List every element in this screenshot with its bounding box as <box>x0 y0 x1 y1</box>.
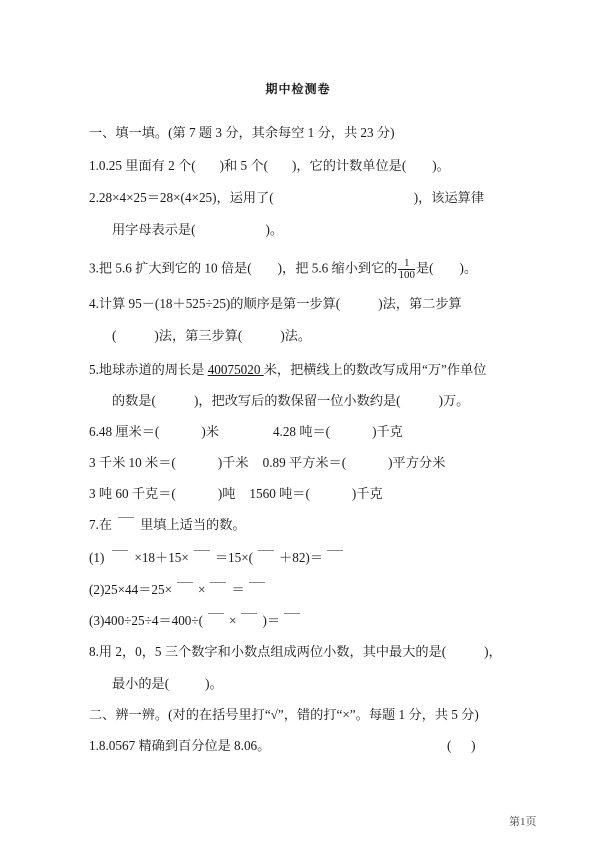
q3-text-a: 3.把 5.6 扩大到它的 10 倍是( <box>89 261 252 276</box>
q7-p1-text-d: ＋82)＝ <box>279 550 323 565</box>
answer-box-input[interactable] <box>112 550 128 565</box>
answer-box-input[interactable] <box>327 550 343 565</box>
q7-p3-text-a: (3)400÷25÷4＝400÷( <box>89 613 203 628</box>
q7-p2-text-b: × <box>198 582 205 597</box>
q7-p2-text-c: ＝ <box>231 582 244 597</box>
question-6-row-3: 3 吨 60 千克＝()吨1560 吨＝()千克 <box>89 486 383 502</box>
question-5-cont: 的数是()，把改写后的数保留一位小数约是()万。 <box>112 393 469 409</box>
q2-text-d: )。 <box>266 222 284 237</box>
question-7: 7.在里填上适当的数。 <box>89 517 246 533</box>
answer-box-input[interactable] <box>194 550 210 565</box>
section-2-heading: 二、辨一辨。(对的在括号里打“√”，错的打“×”。每题 1 分，共 5 分) <box>89 707 479 723</box>
q5-text-a: 5.地球赤道的周长是 <box>89 362 208 377</box>
answer-box-input[interactable] <box>210 582 226 597</box>
question-8: 8.用 2，0，5 三个数字和小数点组成两位小数，其中最大的是()， <box>89 644 502 660</box>
q6-r2-text-d: )平方分米 <box>388 455 445 470</box>
answer-box-input[interactable] <box>284 613 300 628</box>
q2-text-b: )，该运算律 <box>414 190 484 205</box>
q8-text-d: )。 <box>205 676 223 691</box>
q3-text-b: )，把 5.6 缩小到它的 <box>278 261 398 276</box>
q8-text-b: )， <box>484 644 502 659</box>
question-2-cont: 用字母表示是()。 <box>112 222 283 238</box>
q2-text-a: 2.28×4×25＝28×(4×25)，运用了( <box>89 190 274 205</box>
q7-p1-text-b: ×18＋15× <box>134 550 188 565</box>
q6-r1-text-d: )千克 <box>372 424 403 439</box>
question-8-cont: 最小的是()。 <box>112 676 223 692</box>
q1-text-a: 1.0.25 里面有 2 个( <box>89 158 196 173</box>
question-7-part-1: (1)×18＋15×＝15×(＋82)＝ <box>89 550 347 566</box>
question-4: 4.计算 95－(18＋525÷25)的顺序是第一步算()法，第二步算 <box>89 296 462 312</box>
section-1-heading: 一、填一填。(第 7 题 3 分，其余每空 1 分，共 23 分) <box>89 125 395 141</box>
question-7-part-2: (2)25×44＝25××＝ <box>89 582 269 598</box>
question-6-row-2: 3 千米 10 米＝()千米0.89 平方米＝()平方分米 <box>89 455 445 471</box>
q7-text-a: 7.在 <box>89 517 112 532</box>
fraction-1-100: 1100 <box>398 258 415 281</box>
question-5: 5.地球赤道的周长是 40075020 米，把横线上的数改写成用“万”作单位 <box>89 362 486 378</box>
q3-text-d: )。 <box>460 261 478 276</box>
q7-text-b: 里填上适当的数。 <box>140 517 246 532</box>
q6-r1-text-a: 6.48 厘米＝( <box>89 424 159 439</box>
answer-box-input[interactable] <box>208 613 224 628</box>
document-title: 期中检测卷 <box>0 80 596 97</box>
q7-p2-text-a: (2)25×44＝25× <box>89 582 172 597</box>
answer-box <box>118 517 134 532</box>
q6-r2-text-b: )千米 <box>218 455 249 470</box>
judge-question-1: 1.8.0567 精确到百分位是 8.06。 <box>89 738 270 754</box>
question-1: 1.0.25 里面有 2 个()和 5 个()，它的计数单位是()。 <box>89 158 450 174</box>
question-4-cont: ()法，第三步算()法。 <box>112 328 311 344</box>
answer-box-input[interactable] <box>241 613 257 628</box>
q4-text-a: 4.计算 95－(18＋525÷25)的顺序是第一步算( <box>89 296 340 311</box>
q4-text-d: )法，第三步算( <box>154 328 242 343</box>
q4-text-b: )法，第二步算 <box>378 296 462 311</box>
q6-r1-text-c: 4.28 吨＝( <box>273 424 330 439</box>
answer-box-input[interactable] <box>258 550 274 565</box>
q2-text-c: 用字母表示是( <box>112 222 196 237</box>
q4-text-c: ( <box>112 328 116 343</box>
q3-text-c: 是( <box>416 261 434 276</box>
fraction-denominator: 100 <box>398 270 415 281</box>
q6-r2-text-a: 3 千米 10 米＝( <box>89 455 176 470</box>
answer-box-input[interactable] <box>249 582 265 597</box>
q1-text-d: )。 <box>432 158 450 173</box>
question-3: 3.把 5.6 扩大到它的 10 倍是()，把 5.6 缩小到它的1100是()… <box>89 258 477 281</box>
q6-r3-text-a: 3 吨 60 千克＝( <box>89 486 176 501</box>
page-number: 第1页 <box>509 813 537 829</box>
q6-r3-text-d: )千克 <box>352 486 383 501</box>
q6-r2-text-c: 0.89 平方米＝( <box>263 455 347 470</box>
q7-p3-text-c: )＝ <box>262 613 280 628</box>
q5-text-c: 的数是( <box>112 393 156 408</box>
q8-text-c: 最小的是( <box>112 676 169 691</box>
q1-text-b: )和 5 个( <box>220 158 268 173</box>
q6-r3-text-c: 1560 吨＝( <box>249 486 309 501</box>
question-6-row-1: 6.48 厘米＝()米4.28 吨＝()千克 <box>89 424 403 440</box>
q6-r3-text-b: )吨 <box>218 486 236 501</box>
answer-box-input[interactable] <box>177 582 193 597</box>
q8-text-a: 8.用 2，0，5 三个数字和小数点组成两位小数，其中最大的是( <box>89 644 446 659</box>
q1-text-c: )，它的计数单位是( <box>292 158 406 173</box>
q5-text-b: 米，把横线上的数改写成用“万”作单位 <box>264 362 487 377</box>
q5-text-d: )，把改写后的数保留一位小数约是( <box>194 393 401 408</box>
judge-answer-paren[interactable]: ( ) <box>447 738 476 754</box>
q6-r1-text-b: )米 <box>201 424 219 439</box>
q5-text-e: )万。 <box>439 393 470 408</box>
q5-underlined-number: 40075020 <box>208 362 264 377</box>
question-2: 2.28×4×25＝28×(4×25)，运用了()，该运算律 <box>89 190 484 206</box>
q7-p1-text-a: (1) <box>89 550 104 565</box>
question-7-part-3: (3)400÷25÷4＝400÷(×)＝ <box>89 613 304 629</box>
q4-text-e: )法。 <box>280 328 311 343</box>
q7-p1-text-c: ＝15×( <box>215 550 253 565</box>
q7-p3-text-b: × <box>229 613 236 628</box>
